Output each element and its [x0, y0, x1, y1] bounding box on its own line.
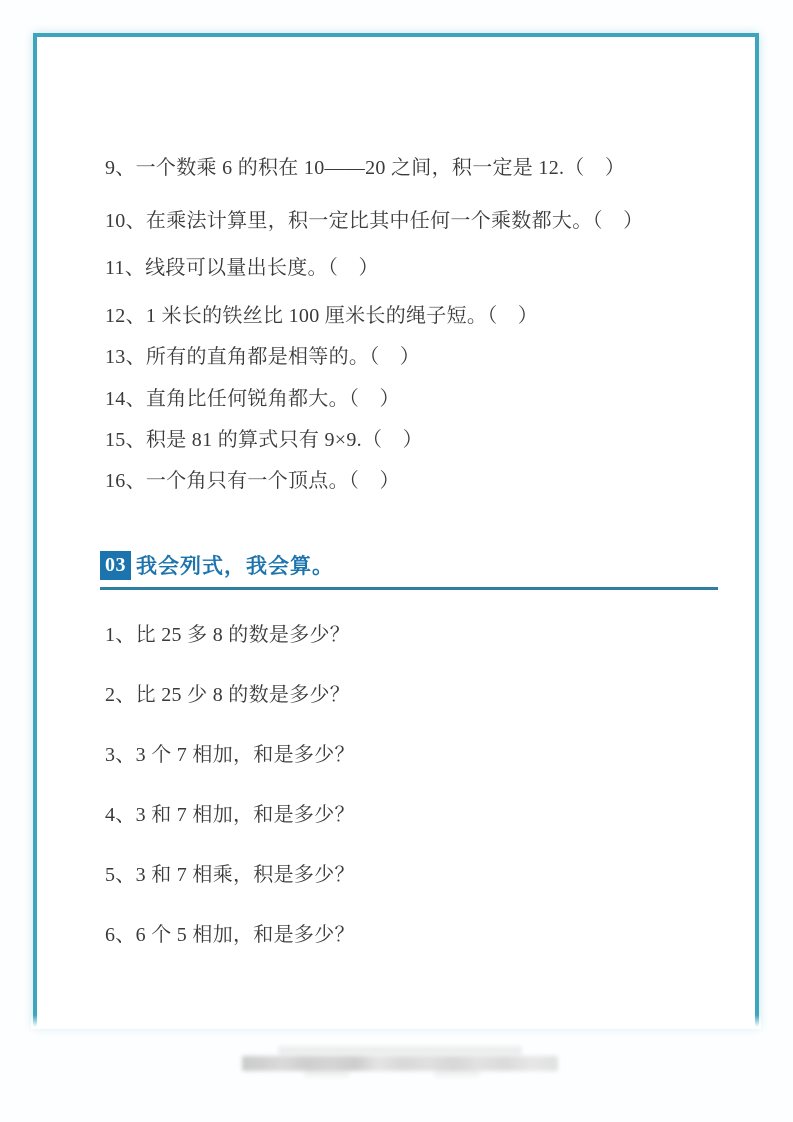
section-header-row: 03 我会列式，我会算。 [100, 550, 718, 580]
section-title: 我会列式，我会算。 [136, 550, 334, 580]
question-item: 6、6 个 5 相加，和是多少？ [105, 923, 690, 947]
question-item: 1、比 25 多 8 的数是多少？ [105, 623, 690, 647]
question-item: 15、积是 81 的算式只有 9×9.（ ） [105, 428, 690, 452]
question-item: 16、一个角只有一个顶点。（ ） [105, 469, 690, 493]
question-item: 14、直角比任何锐角都大。（ ） [105, 387, 690, 411]
section-number-badge: 03 [100, 551, 131, 580]
question-item: 12、1 米长的铁丝比 100 厘米长的绳子短。（ ） [105, 304, 690, 328]
question-item: 4、3 和 7 相加，和是多少？ [105, 803, 690, 827]
solve-question-list: 1、比 25 多 8 的数是多少？ 2、比 25 少 8 的数是多少？ 3、3 … [105, 623, 690, 983]
watermark-smudge [434, 1071, 480, 1077]
section-header: 03 我会列式，我会算。 [100, 550, 718, 590]
watermark-smudge [278, 1046, 522, 1055]
question-item: 2、比 25 少 8 的数是多少？ [105, 683, 690, 707]
question-item: 9、一个数乘 6 的积在 10——20 之间，积一定是 12.（ ） [105, 156, 690, 180]
question-item: 5、3 和 7 相乘，积是多少？ [105, 863, 690, 887]
watermark-blur-bar [242, 1044, 558, 1078]
section-underline [100, 587, 718, 590]
question-item: 10、在乘法计算里，积一定比其中任何一个乘数都大。（ ） [105, 209, 690, 233]
judge-question-list: 9、一个数乘 6 的积在 10——20 之间，积一定是 12.（ ） 10、在乘… [105, 156, 690, 493]
question-item: 13、所有的直角都是相等的。（ ） [105, 345, 690, 369]
watermark-smudge [304, 1071, 350, 1077]
watermark-smudge [242, 1056, 558, 1071]
question-item: 3、3 个 7 相加，和是多少？ [105, 743, 690, 767]
question-item: 11、线段可以量出长度。（ ） [105, 256, 690, 280]
